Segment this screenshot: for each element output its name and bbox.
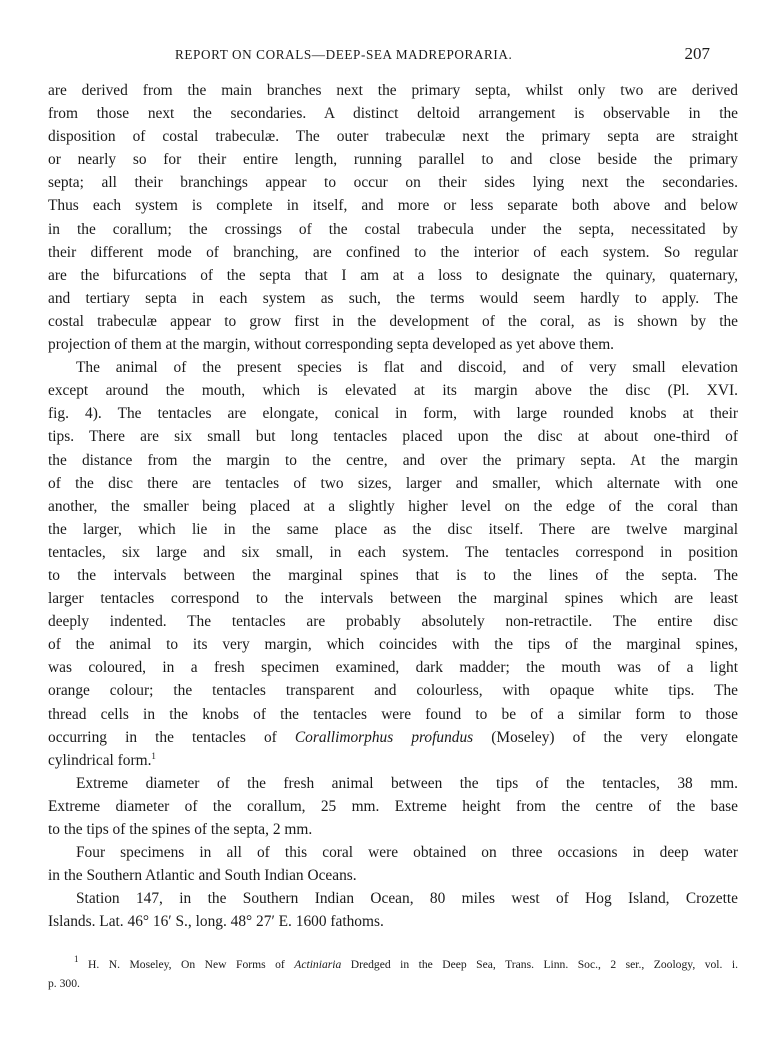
body-line: Islands. Lat. 46° 16′ S., long. 48° 27′ … bbox=[48, 910, 738, 933]
body-line: except around the mouth, which is elevat… bbox=[48, 379, 738, 402]
body-line: tentacles, six large and six small, in e… bbox=[48, 541, 738, 564]
body-line: was coloured, in a fresh specimen examin… bbox=[48, 656, 738, 679]
body-line: to the intervals between the marginal sp… bbox=[48, 564, 738, 587]
species-name: Corallimorphus profundus bbox=[295, 729, 473, 746]
running-title: REPORT ON CORALS—DEEP-SEA MADREPORARIA. bbox=[175, 47, 512, 63]
body-line: their different mode of branching, are c… bbox=[48, 241, 738, 264]
text-run: Dredged in the Deep Sea, Trans. Linn. So… bbox=[341, 958, 738, 971]
footnote-line: p. 300. bbox=[48, 974, 738, 993]
body-line: the distance from the margin to the cent… bbox=[48, 449, 738, 472]
body-line: cylindrical form.1 bbox=[48, 749, 738, 772]
body-line: deeply indented. The tentacles are proba… bbox=[48, 610, 738, 633]
body-line: tips. There are six small but long tenta… bbox=[48, 425, 738, 448]
text-run: cylindrical form. bbox=[48, 752, 151, 769]
text-run: H. N. Moseley, On New Forms of bbox=[79, 958, 295, 971]
body-line: septa; all their branchings appear to oc… bbox=[48, 171, 738, 194]
body-line: Extreme diameter of the fresh animal bet… bbox=[48, 772, 738, 795]
body-line: costal trabeculæ appear to grow first in… bbox=[48, 310, 738, 333]
footnote-reference[interactable]: 1 bbox=[151, 751, 156, 761]
body-line: of the disc there are tentacles of two s… bbox=[48, 472, 738, 495]
body-line: thread cells in the knobs of the tentacl… bbox=[48, 703, 738, 726]
body-line: Thus each system is complete in itself, … bbox=[48, 194, 738, 217]
taxon-name: Actiniaria bbox=[294, 958, 341, 971]
body-text: are derived from the main branches next … bbox=[48, 79, 738, 933]
body-line: of the animal to its very margin, which … bbox=[48, 633, 738, 656]
body-line: Station 147, in the Southern Indian Ocea… bbox=[48, 887, 738, 910]
body-line: projection of them at the margin, withou… bbox=[48, 333, 738, 356]
body-line: are the bifurcations of the septa that I… bbox=[48, 264, 738, 287]
footnote-line: 1 H. N. Moseley, On New Forms of Actinia… bbox=[48, 955, 738, 974]
text-run: occurring in the tentacles of bbox=[48, 729, 295, 746]
body-line: larger tentacles correspond to the inter… bbox=[48, 587, 738, 610]
body-line: are derived from the main branches next … bbox=[48, 79, 738, 102]
body-line-italic: occurring in the tentacles of Corallimor… bbox=[48, 726, 738, 749]
body-line: disposition of costal trabeculæ. The out… bbox=[48, 125, 738, 148]
body-line: orange colour; the tentacles transparent… bbox=[48, 679, 738, 702]
body-line: Four specimens in all of this coral were… bbox=[48, 841, 738, 864]
page-number: 207 bbox=[685, 44, 711, 64]
body-line: or nearly so for their entire length, ru… bbox=[48, 148, 738, 171]
body-line: and tertiary septa in each system as suc… bbox=[48, 287, 738, 310]
body-line: Extreme diameter of the corallum, 25 mm.… bbox=[48, 795, 738, 818]
body-line: from those next the secondaries. A disti… bbox=[48, 102, 738, 125]
body-line: fig. 4). The tentacles are elongate, con… bbox=[48, 402, 738, 425]
footnote: 1 H. N. Moseley, On New Forms of Actinia… bbox=[48, 955, 738, 993]
body-line: another, the smaller being placed at a s… bbox=[48, 495, 738, 518]
body-line: in the Southern Atlantic and South India… bbox=[48, 864, 738, 887]
body-line: the larger, which lie in the same place … bbox=[48, 518, 738, 541]
text-run: (Moseley) of the very elongate bbox=[473, 729, 738, 746]
body-line: to the tips of the spines of the septa, … bbox=[48, 818, 738, 841]
running-header: REPORT ON CORALS—DEEP-SEA MADREPORARIA. … bbox=[175, 44, 710, 64]
body-line: The animal of the present species is fla… bbox=[48, 356, 738, 379]
body-line: in the corallum; the crossings of the co… bbox=[48, 218, 738, 241]
